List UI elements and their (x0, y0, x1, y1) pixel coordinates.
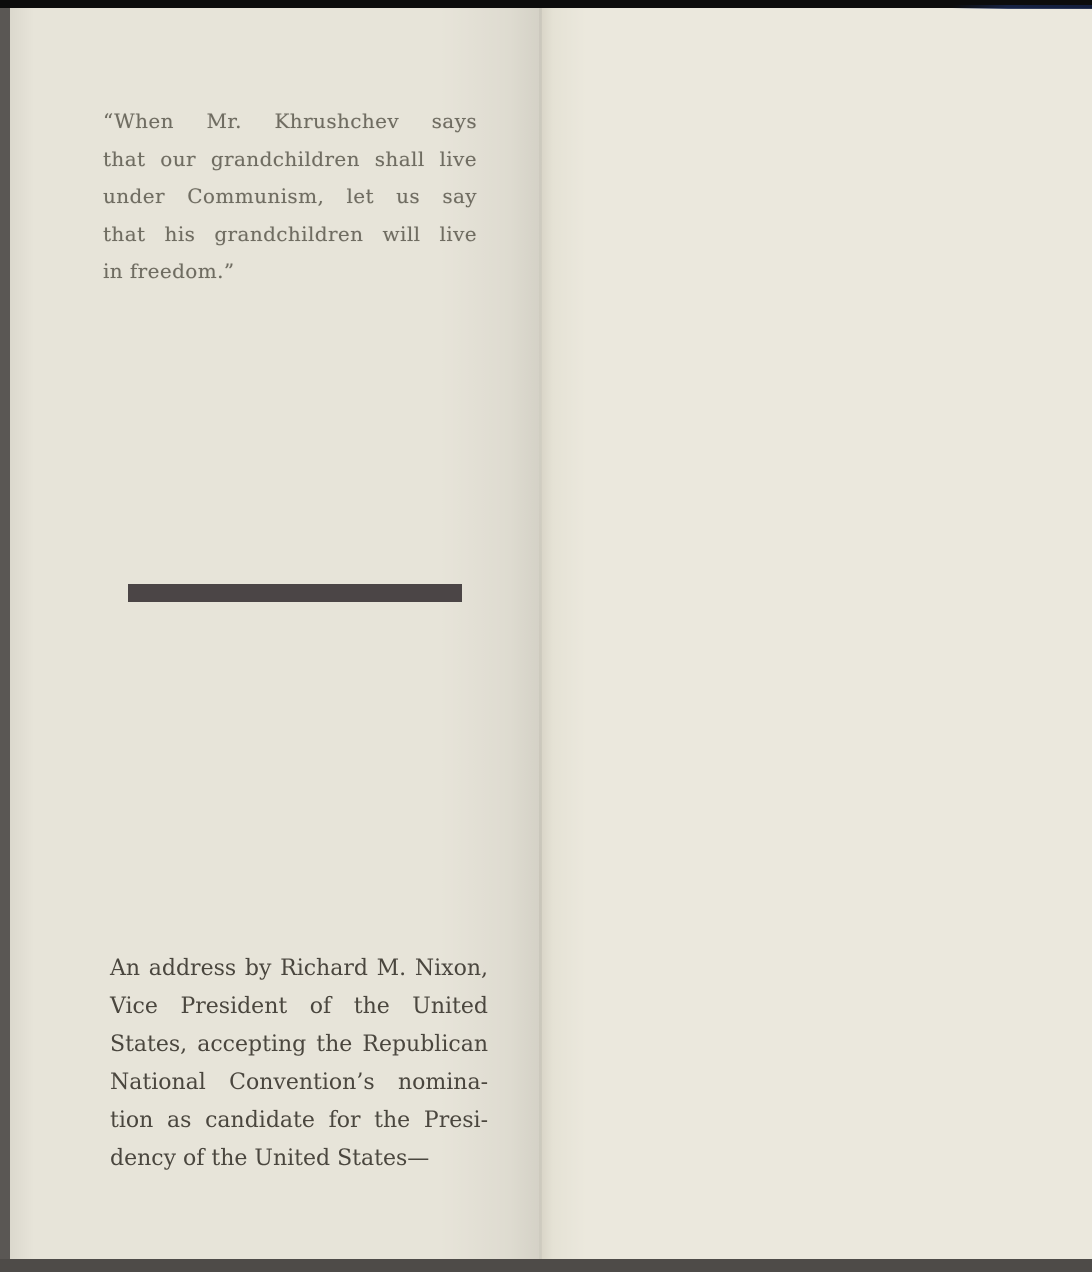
attribution-line: tion as candidate for the Presi- (110, 1102, 488, 1140)
attribution-line: National Convention’s nomina- (110, 1064, 488, 1102)
quote-line: in freedom.” (103, 253, 477, 291)
quote-line: “When Mr. Khrushchev says (103, 103, 477, 141)
quote-block: “When Mr. Khrushchev saysthat our grandc… (103, 103, 477, 291)
attribution-block: An address by Richard M. Nixon,Vice Pres… (110, 950, 488, 1178)
page-fold-crease (539, 8, 542, 1259)
quote-line: that our grandchildren shall live (103, 141, 477, 179)
attribution-line: An address by Richard M. Nixon, (110, 950, 488, 988)
quote-line: under Communism, let us say (103, 178, 477, 216)
attribution-line: Vice President of the United (110, 988, 488, 1026)
right-page: Mr. Chairman, delegates to this con-vent… (541, 8, 1092, 1259)
attribution-line-group: An address by Richard M. Nixon,Vice Pres… (110, 950, 488, 1178)
attribution-line: States, accepting the Republican (110, 1026, 488, 1064)
divider-bar (128, 584, 462, 602)
quote-line: that his grandchildren will live (103, 216, 477, 254)
scan-edge-top-tint (952, 5, 1092, 9)
quote-line-group: “When Mr. Khrushchev saysthat our grandc… (103, 103, 477, 291)
scan-edge-left (0, 0, 10, 1272)
scan-edge-top (0, 0, 1092, 8)
left-page: “When Mr. Khrushchev saysthat our grandc… (10, 8, 541, 1259)
attribution-line: dency of the United States— (110, 1140, 488, 1178)
booklet-scan: “When Mr. Khrushchev saysthat our grandc… (0, 0, 1092, 1272)
scan-edge-bottom (0, 1259, 1092, 1272)
